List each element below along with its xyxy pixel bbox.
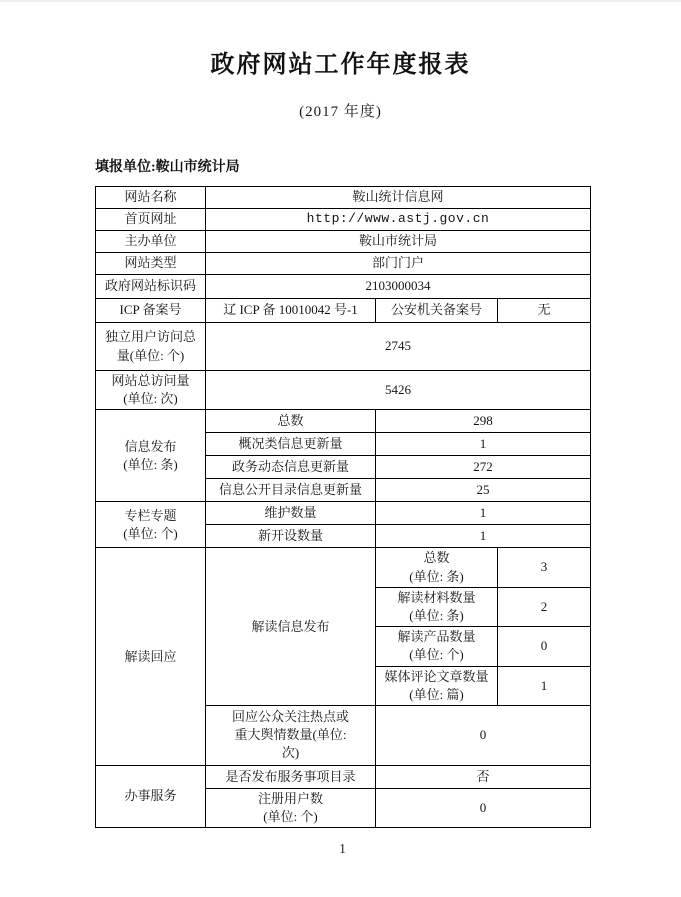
page-subtitle: (2017 年度) [0, 100, 681, 121]
site-id-code-label: 政府网站标识码 [96, 275, 206, 299]
site-name-label: 网站名称 [96, 187, 206, 209]
info-release-section-label: 信息发布 (单位: 条) [96, 410, 206, 502]
info-release-open-dir-label: 信息公开目录信息更新量 [206, 479, 376, 502]
services-registered-users-label: 注册用户数 (单位: 个) [206, 788, 376, 827]
row-site-id-code: 政府网站标识码 2103000034 [96, 275, 591, 299]
row-unique-visitors: 独立用户访问总 量(单位: 个) 2745 [96, 323, 591, 371]
icp-record-label: ICP 备案号 [96, 299, 206, 323]
row-site-type: 网站类型 部门门户 [96, 253, 591, 275]
interpretation-products-label: 解读产品数量 (单位: 个) [376, 627, 498, 666]
info-release-overview-label: 概况类信息更新量 [206, 433, 376, 456]
interpretation-section-label: 解读回应 [96, 548, 206, 766]
reporting-unit: 填报单位:鞍山市统计局 [95, 156, 681, 176]
page-title: 政府网站工作年度报表 [0, 44, 681, 79]
special-columns-maintained-label: 维护数量 [206, 502, 376, 525]
report-table: 网站名称 鞍山统计信息网 首页网址 http://www.astj.gov.cn… [95, 186, 591, 828]
special-columns-maintained-value: 1 [376, 502, 591, 525]
security-record-value: 无 [498, 299, 591, 323]
interpretation-hot-response-label: 回应公众关注热点或 重大舆情数量(单位: 次) [206, 705, 376, 765]
services-catalog-label: 是否发布服务事项目录 [206, 765, 376, 788]
info-release-gov-news-value: 272 [376, 456, 591, 479]
interpretation-materials-value: 2 [498, 587, 591, 626]
services-section-label: 办事服务 [96, 765, 206, 827]
row-icp-record: ICP 备案号 辽 ICP 备 10010042 号-1 公安机关备案号 无 [96, 299, 591, 323]
interpretation-materials-label: 解读材料数量 (单位: 条) [376, 587, 498, 626]
interpretation-release-label: 解读信息发布 [206, 548, 376, 706]
home-url-value: http://www.astj.gov.cn [206, 209, 591, 231]
row-host-unit: 主办单位 鞍山市统计局 [96, 231, 591, 253]
row-info-release-total: 信息发布 (单位: 条) 总数 298 [96, 410, 591, 433]
site-id-code-value: 2103000034 [206, 275, 591, 299]
services-catalog-value: 否 [376, 765, 591, 788]
row-home-url: 首页网址 http://www.astj.gov.cn [96, 209, 591, 231]
row-services-catalog: 办事服务 是否发布服务事项目录 否 [96, 765, 591, 788]
info-release-overview-value: 1 [376, 433, 591, 456]
row-total-visits: 网站总访问量 (单位: 次) 5426 [96, 371, 591, 410]
unique-visitors-label: 独立用户访问总 量(单位: 个) [96, 323, 206, 371]
interpretation-total-label: 总数 (单位: 条) [376, 548, 498, 587]
host-unit-label: 主办单位 [96, 231, 206, 253]
site-type-label: 网站类型 [96, 253, 206, 275]
unique-visitors-value: 2745 [206, 323, 591, 371]
special-columns-section-label: 专栏专题 (单位: 个) [96, 502, 206, 548]
total-visits-value: 5426 [206, 371, 591, 410]
info-release-total-value: 298 [376, 410, 591, 433]
info-release-total-label: 总数 [206, 410, 376, 433]
info-release-gov-news-label: 政务动态信息更新量 [206, 456, 376, 479]
special-columns-new-label: 新开设数量 [206, 525, 376, 548]
window-top-edge [0, 0, 681, 2]
interpretation-total-value: 3 [498, 548, 591, 587]
interpretation-products-value: 0 [498, 627, 591, 666]
row-interpretation-total: 解读回应 解读信息发布 总数 (单位: 条) 3 [96, 548, 591, 587]
interpretation-media-label: 媒体评论文章数量 (单位: 篇) [376, 666, 498, 705]
total-visits-label: 网站总访问量 (单位: 次) [96, 371, 206, 410]
interpretation-media-value: 1 [498, 666, 591, 705]
special-columns-new-value: 1 [376, 525, 591, 548]
site-name-value: 鞍山统计信息网 [206, 187, 591, 209]
services-registered-users-value: 0 [376, 788, 591, 827]
row-site-name: 网站名称 鞍山统计信息网 [96, 187, 591, 209]
site-type-value: 部门门户 [206, 253, 591, 275]
home-url-label: 首页网址 [96, 209, 206, 231]
interpretation-hot-response-value: 0 [376, 705, 591, 765]
page-number: 1 [95, 842, 590, 858]
info-release-open-dir-value: 25 [376, 479, 591, 502]
host-unit-value: 鞍山市统计局 [206, 231, 591, 253]
security-record-label: 公安机关备案号 [376, 299, 498, 323]
icp-record-value: 辽 ICP 备 10010042 号-1 [206, 299, 376, 323]
row-special-columns-maintained: 专栏专题 (单位: 个) 维护数量 1 [96, 502, 591, 525]
